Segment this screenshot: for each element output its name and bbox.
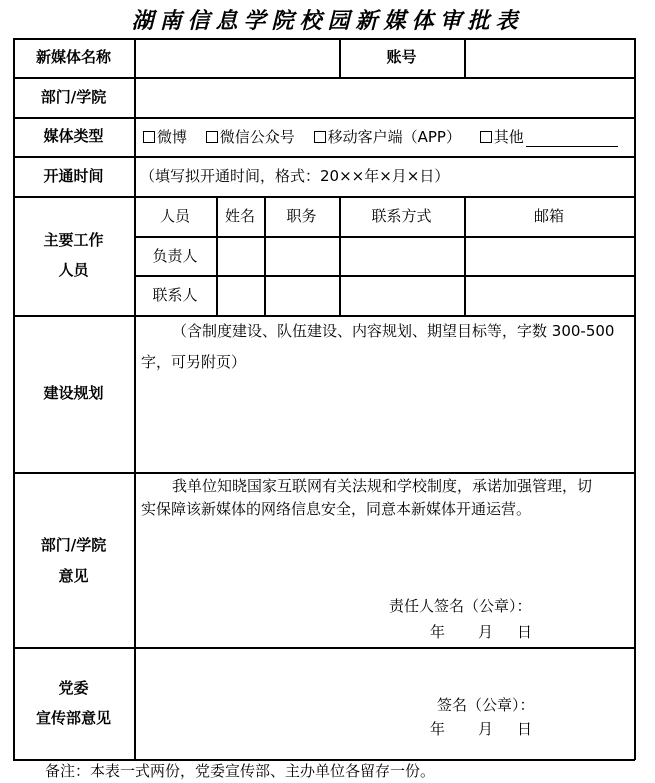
header-email: 邮箱 <box>464 206 634 226</box>
publicity-date-month: 月 <box>478 719 493 739</box>
header-name: 姓名 <box>216 206 264 226</box>
plan-hint-line1: （含制度建设、队伍建设、内容规划、期望目标等，字数 300-500 <box>172 321 614 341</box>
option-wechat[interactable]: 微信公众号 <box>206 128 295 146</box>
open-time-label: 开通时间 <box>13 161 134 191</box>
open-time-hint[interactable]: （填写拟开通时间，格式：20××年×月×日） <box>140 166 449 186</box>
responsible-name-field[interactable] <box>218 238 263 274</box>
row-divider <box>13 315 635 317</box>
dept-statement-line2: 实保障该新媒体的网络信息安全，同意本新媒体开通运营。 <box>141 499 531 519</box>
header-role: 人员 <box>134 206 216 226</box>
responsible-email-field[interactable] <box>466 238 633 274</box>
row-divider <box>13 117 635 119</box>
responsible-position-field[interactable] <box>266 238 338 274</box>
staff-label-line2: 人员 <box>13 255 134 285</box>
row-divider <box>13 472 635 474</box>
publicity-signature-label: 签名（公章）： <box>437 695 535 715</box>
row-divider <box>13 156 635 158</box>
dept-date-day: 日 <box>517 622 532 642</box>
media-type-options: 微博 微信公众号 移动客户端（APP） 其他 <box>143 127 618 147</box>
row-divider <box>13 196 635 198</box>
publicity-date-year: 年 <box>430 719 445 739</box>
checkbox-icon[interactable] <box>314 131 326 143</box>
checkbox-icon[interactable] <box>206 131 218 143</box>
role-contact-person: 联系人 <box>134 285 216 305</box>
role-responsible: 负责人 <box>134 246 216 266</box>
publicity-opinion-label-line1: 党委 <box>13 673 134 703</box>
account-label: 账号 <box>339 42 464 72</box>
checkbox-icon[interactable] <box>480 131 492 143</box>
publicity-opinion-field[interactable] <box>136 649 633 694</box>
contact-person-email-field[interactable] <box>466 277 633 314</box>
staff-label-line1: 主要工作 <box>13 225 134 255</box>
other-input-line[interactable] <box>526 130 618 147</box>
checkbox-icon[interactable] <box>143 131 155 143</box>
plan-field[interactable] <box>136 375 633 470</box>
header-contact: 联系方式 <box>339 206 464 226</box>
option-weibo[interactable]: 微博 <box>143 128 187 146</box>
media-type-label: 媒体类型 <box>13 121 134 151</box>
form-title: 湖南信息学院校园新媒体审批表 <box>0 4 655 35</box>
table-border-right <box>634 38 636 760</box>
account-field[interactable] <box>466 40 633 76</box>
contact-person-contact-field[interactable] <box>341 277 463 314</box>
dept-opinion-label-line2: 意见 <box>13 561 134 591</box>
dept-date-year: 年 <box>430 622 445 642</box>
dept-opinion-label-line1: 部门/学院 <box>13 530 134 560</box>
department-field[interactable] <box>136 79 633 116</box>
plan-label: 建设规划 <box>13 378 134 408</box>
contact-person-position-field[interactable] <box>266 277 338 314</box>
header-position: 职务 <box>264 206 339 226</box>
dept-signature-label: 责任人签名（公章）： <box>389 596 532 616</box>
dept-date-month: 月 <box>478 622 493 642</box>
plan-hint-line2: 字，可另附页） <box>141 352 246 372</box>
publicity-date-day: 日 <box>517 719 532 739</box>
footnote: 备注：本表一式两份，党委宣传部、主办单位各留存一份。 <box>45 761 435 781</box>
media-name-label: 新媒体名称 <box>13 42 134 72</box>
option-app[interactable]: 移动客户端（APP） <box>314 128 461 146</box>
option-other[interactable]: 其他 <box>480 128 524 146</box>
responsible-contact-field[interactable] <box>341 238 463 274</box>
publicity-opinion-label-line2: 宣传部意见 <box>13 703 134 733</box>
dept-statement-line1: 我单位知晓国家互联网有关法规和学校制度，承诺加强管理，切 <box>172 476 592 496</box>
media-name-field[interactable] <box>136 40 338 76</box>
department-label: 部门/学院 <box>13 82 134 112</box>
contact-person-name-field[interactable] <box>218 277 263 314</box>
